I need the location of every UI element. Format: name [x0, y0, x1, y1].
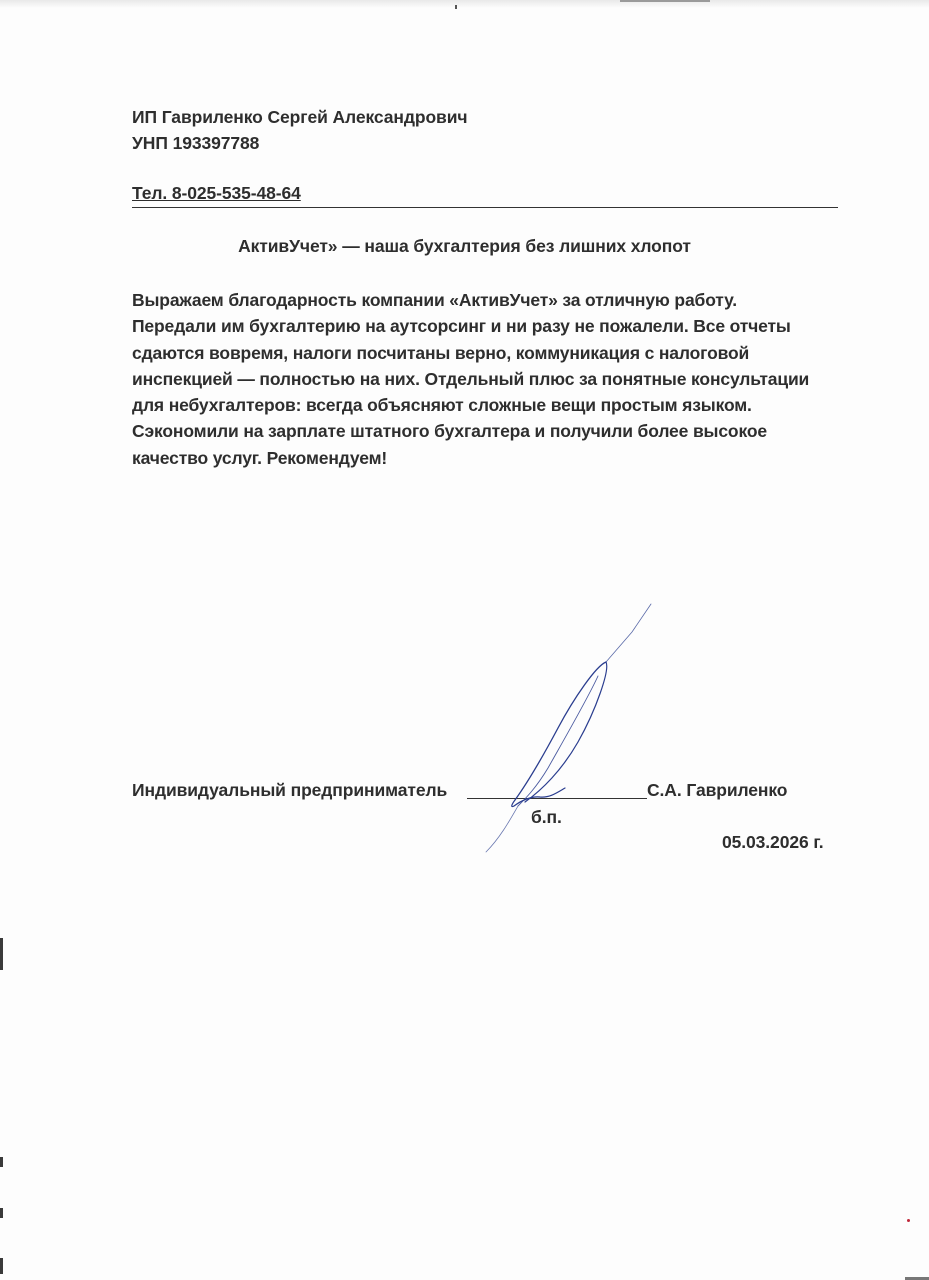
letter-date: 05.03.2026 г. — [722, 832, 824, 853]
phone-row: Тел. 8-025-535-48-64 — [132, 183, 838, 208]
scan-edge-mark — [0, 1258, 3, 1274]
scan-edge-mark — [0, 1157, 3, 1167]
scanned-letter-page: ИП Гавриленко Сергей Александрович УНП 1… — [0, 0, 929, 1280]
body-line: сдаются вовремя, налоги посчитаны верно,… — [132, 340, 852, 366]
signer-name: С.А. Гавриленко — [647, 780, 787, 801]
scan-edge-mark — [0, 938, 3, 970]
scan-artifact-red-dot — [907, 1219, 910, 1222]
sender-phone: Тел. 8-025-535-48-64 — [132, 183, 301, 203]
handwritten-signature-icon — [470, 600, 660, 860]
body-line: Передали им бухгалтерию на аутсорсинг и … — [132, 313, 852, 339]
signer-position: Индивидуальный предприниматель — [132, 780, 447, 801]
body-line: Сэкономили на зарплате штатного бухгалте… — [132, 418, 852, 444]
letter-body: Выражаем благодарность компании «АктивУч… — [132, 287, 852, 471]
sender-unp: УНП 193397788 — [132, 133, 259, 154]
scan-artifact-top — [0, 0, 929, 8]
body-line: качество услуг. Рекомендуем! — [132, 445, 852, 471]
scan-artifact-dot — [455, 5, 457, 9]
letter-title: АктивУчет» — наша бухгалтерия без лишних… — [0, 236, 929, 257]
scan-edge-mark — [0, 1208, 3, 1218]
sender-name: ИП Гавриленко Сергей Александрович — [132, 107, 467, 128]
body-line: инспекцией — полностью на них. Отдельный… — [132, 366, 852, 392]
body-line: для небухгалтеров: всегда объясняют слож… — [132, 392, 852, 418]
scan-artifact-line — [620, 0, 710, 2]
body-line: Выражаем благодарность компании «АктивУч… — [132, 287, 852, 313]
